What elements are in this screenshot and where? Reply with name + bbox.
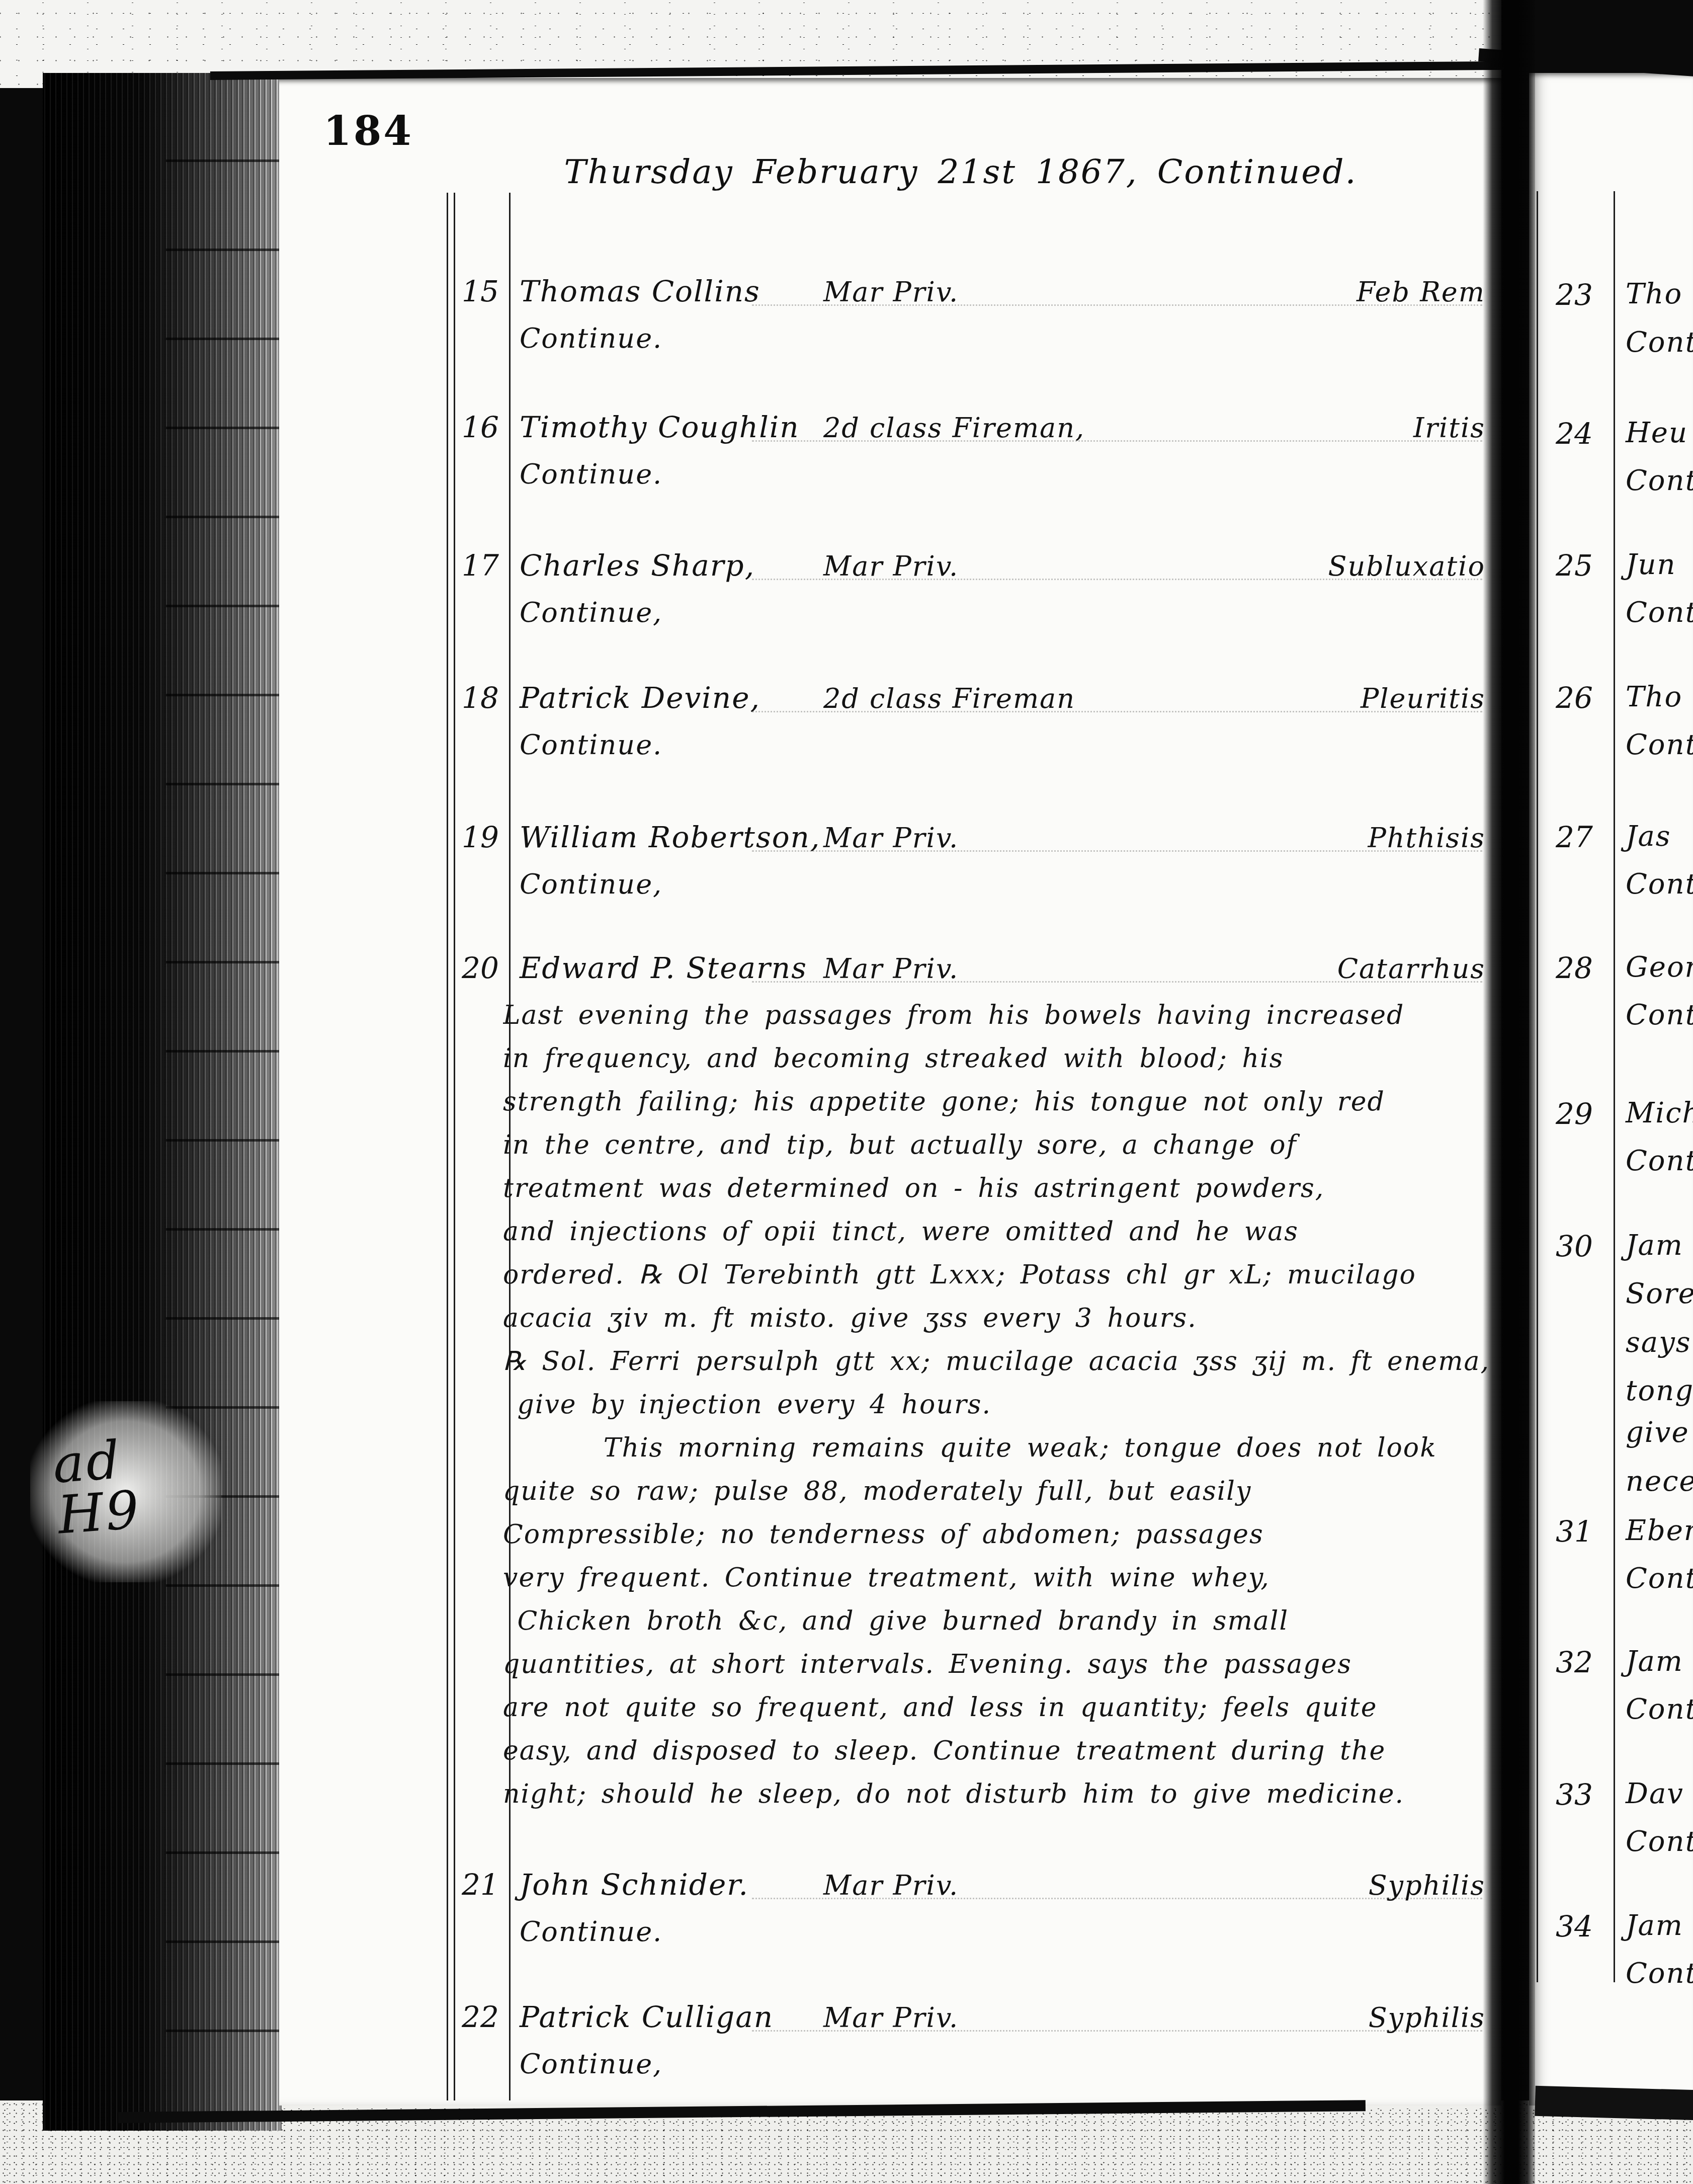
- clipped-text-fragment: Tho: [1626, 681, 1682, 713]
- case-note-line: quite so raw; pulse 88, moderately full,…: [503, 1470, 1501, 1513]
- diagnosis: Feb Rem: [1357, 276, 1485, 308]
- column-rule: [1614, 191, 1615, 1982]
- entry-note: Continue,: [520, 2048, 662, 2080]
- diagnosis: Iritis: [1413, 412, 1485, 444]
- case-note-line: easy, and disposed to sleep. Continue tr…: [503, 1729, 1501, 1772]
- entry-number: 23: [1544, 278, 1604, 312]
- case-note-line: Compressible; no tenderness of abdomen; …: [503, 1513, 1501, 1556]
- clipped-text-fragment: Jun: [1626, 548, 1676, 581]
- case-note-line: are not quite so frequent, and less in q…: [503, 1686, 1501, 1729]
- page-number: 184: [323, 107, 413, 154]
- case-note-line: Chicken broth &c, and give burned brandy…: [503, 1599, 1501, 1643]
- clipped-text-fragment: Conti: [1626, 1825, 1693, 1858]
- case-note-line: very frequent. Continue treatment, with …: [503, 1556, 1501, 1599]
- entry-note: Continue.: [520, 322, 662, 354]
- clipped-text-fragment: tongue: [1626, 1374, 1693, 1407]
- entry-number: 27: [1544, 820, 1604, 854]
- patient-name: William Robertson,: [520, 820, 820, 854]
- right-page-bottom-edge: [1535, 2086, 1693, 2120]
- entry-number: 32: [1544, 1645, 1604, 1679]
- dotted-leader: [752, 711, 1482, 712]
- ledger-right-page: 232425262728293031323334 ThoContiHeuCont…: [1529, 73, 1693, 2106]
- ledger-entry: 18 Patrick Devine, 2d class Fireman Pleu…: [450, 681, 1487, 781]
- clipped-text-fragment: Conti: [1626, 464, 1693, 497]
- ledger-entry: 21 John Schnider. Mar Priv. Syphilis Con…: [450, 1868, 1487, 1968]
- entry-note: Continue.: [520, 729, 662, 761]
- entry-number: 34: [1544, 1909, 1604, 1944]
- patient-name: Edward P. Stearns: [520, 951, 807, 985]
- entry-number: 25: [1544, 548, 1604, 583]
- dotted-leader: [752, 304, 1482, 306]
- patient-rank: Mar Priv.: [823, 822, 959, 854]
- dotted-leader: [752, 440, 1482, 442]
- fore-edge-page-lines: [166, 73, 282, 2131]
- clipped-text-fragment: Conti: [1626, 1145, 1693, 1177]
- ledger-entry: 22 Patrick Culligan Mar Priv. Syphilis C…: [450, 2000, 1487, 2100]
- patient-name: Patrick Culligan: [520, 2000, 774, 2034]
- patient-rank: Mar Priv.: [823, 2002, 959, 2034]
- patient-name: Patrick Devine,: [520, 681, 760, 715]
- case-note-line: in the centre, and tip, but actually sor…: [503, 1123, 1501, 1167]
- clipped-text-fragment: Conti: [1626, 729, 1693, 761]
- diagnosis: Syphilis: [1369, 2002, 1485, 2034]
- book-gutter-shadow: [1483, 0, 1535, 2184]
- scanned-ledger-page: adH9 184 Thursday February 21st 1867, Co…: [0, 0, 1693, 2184]
- book-fore-edge: adH9: [43, 73, 282, 2131]
- clipped-text-fragment: Mich: [1626, 1097, 1693, 1129]
- dotted-leader: [752, 579, 1482, 580]
- entry-number: 30: [1544, 1229, 1604, 1263]
- entry-number: 16: [450, 410, 511, 444]
- column-rule: [447, 193, 448, 2100]
- clipped-text-fragment: Tho: [1626, 278, 1682, 310]
- clipped-text-fragment: give: [1626, 1416, 1689, 1449]
- diagnosis: Pleuritis: [1361, 683, 1485, 714]
- entry-number: 33: [1544, 1777, 1604, 1812]
- clipped-text-fragment: Conti: [1626, 596, 1693, 629]
- patient-name: Thomas Collins: [520, 274, 760, 308]
- entry-number: 20: [450, 951, 511, 985]
- entry-number: 29: [1544, 1097, 1604, 1131]
- entry-number: 15: [450, 274, 511, 308]
- diagnosis: Phthisis: [1368, 822, 1485, 854]
- clipped-text-fragment: Jam: [1626, 1909, 1683, 1942]
- entry-number: 19: [450, 820, 511, 854]
- entry-note: Continue.: [520, 1916, 662, 1948]
- clipped-text-fragment: says: [1626, 1326, 1691, 1359]
- clipped-text-fragment: Sores: [1626, 1277, 1693, 1310]
- patient-name: Charles Sharp,: [520, 548, 755, 583]
- case-note-line: acacia ʒiv m. ft misto. give ʒss every 3…: [503, 1297, 1501, 1340]
- clipped-text-fragment: Jam: [1626, 1229, 1683, 1262]
- patient-rank: Mar Priv.: [823, 953, 959, 985]
- case-note-line: Last evening the passages from his bowel…: [503, 994, 1501, 1037]
- date-header: Thursday February 21st 1867, Continued.: [495, 152, 1426, 191]
- clipped-text-fragment: Cont: [1626, 868, 1693, 901]
- dotted-leader: [752, 981, 1482, 983]
- clipped-text-fragment: Ebene: [1626, 1514, 1693, 1547]
- clipped-text-fragment: neces: [1626, 1465, 1693, 1498]
- dotted-leader: [752, 2030, 1482, 2032]
- clipped-text-fragment: Heu: [1626, 417, 1688, 449]
- case-note-line: in frequency, and becoming streaked with…: [503, 1037, 1501, 1080]
- diagnosis: Catarrhus: [1337, 953, 1485, 985]
- entry-number: 17: [450, 548, 511, 583]
- patient-rank: 2d class Fireman: [823, 683, 1075, 714]
- case-note-line: and injections of opii tinct, were omitt…: [503, 1210, 1501, 1253]
- dotted-leader: [752, 1898, 1482, 1899]
- ledger-entry: 16 Timothy Coughlin 2d class Fireman, Ir…: [450, 410, 1487, 511]
- clipped-text-fragment: Jam: [1626, 1645, 1683, 1678]
- clipped-text-fragment: Conti: [1626, 1562, 1693, 1595]
- diagnosis: Syphilis: [1369, 1870, 1485, 1901]
- entry-note: Continue,: [520, 597, 662, 628]
- ledger-left-page: 184 Thursday February 21st 1867, Continu…: [279, 78, 1501, 2106]
- ledger-entry: 17 Charles Sharp, Mar Priv. Subluxatio C…: [450, 548, 1487, 649]
- dotted-leader: [752, 850, 1482, 852]
- clipped-text-fragment: Conti: [1626, 999, 1693, 1031]
- patient-rank: Mar Priv.: [823, 276, 959, 308]
- case-note-line: ordered. ℞ Ol Terebinth gtt Lxxx; Potass…: [503, 1253, 1501, 1297]
- case-note-line: ℞ Sol. Ferri persulph gtt xx; mucilage a…: [503, 1340, 1501, 1383]
- clipped-text-fragment: Conti: [1626, 1957, 1693, 1990]
- entry-number: 24: [1544, 417, 1604, 451]
- entry-20-case-note: Last evening the passages from his bowel…: [503, 994, 1501, 1816]
- clipped-text-fragment: Conti: [1626, 1693, 1693, 1726]
- entry-number: 26: [1544, 681, 1604, 715]
- case-note-line: give by injection every 4 hours.: [503, 1383, 1501, 1426]
- entry-number: 21: [450, 1868, 511, 1902]
- patient-rank: 2d class Fireman,: [823, 412, 1085, 444]
- entry-number: 22: [450, 2000, 511, 2034]
- clipped-text-fragment: Jas: [1626, 820, 1671, 853]
- case-note-line: This morning remains quite weak; tongue …: [503, 1426, 1501, 1470]
- entry-number: 18: [450, 681, 511, 715]
- entry-note: Continue.: [520, 458, 662, 490]
- column-rule: [1537, 191, 1538, 1982]
- case-note-line: quantities, at short intervals. Evening.…: [503, 1643, 1501, 1686]
- case-note-line: treatment was determined on - his astrin…: [503, 1167, 1501, 1210]
- ledger-entry: 15 Thomas Collins Mar Priv. Feb Rem Cont…: [450, 274, 1487, 375]
- clipped-text-fragment: Dav: [1626, 1777, 1684, 1810]
- patient-rank: Mar Priv.: [823, 550, 959, 582]
- case-note-line: night; should he sleep, do not disturb h…: [503, 1772, 1501, 1816]
- case-note-line: strength failing; his appetite gone; his…: [503, 1080, 1501, 1123]
- patient-name: Timothy Coughlin: [520, 410, 800, 444]
- diagnosis: Subluxatio: [1328, 550, 1485, 582]
- patient-name: John Schnider.: [520, 1868, 749, 1902]
- clipped-text-fragment: Conti: [1626, 326, 1693, 359]
- entry-number: 28: [1544, 951, 1604, 985]
- clipped-text-fragment: Geor: [1626, 951, 1693, 984]
- ledger-entry: 19 William Robertson, Mar Priv. Phthisis…: [450, 820, 1487, 921]
- entry-note: Continue,: [520, 868, 662, 900]
- entry-number: 31: [1544, 1514, 1604, 1549]
- fore-edge-annotation: H9: [56, 1479, 143, 1546]
- patient-rank: Mar Priv.: [823, 1870, 959, 1901]
